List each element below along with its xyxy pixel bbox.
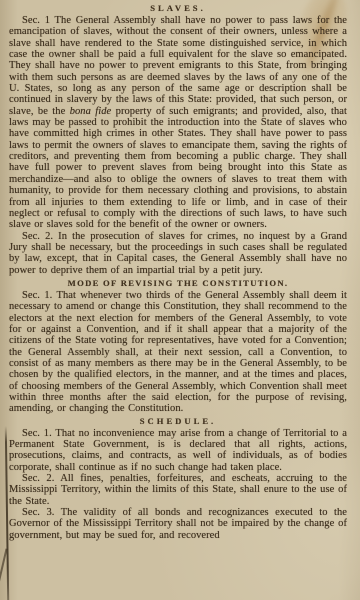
paragraph-schedule-sec3: Sec. 3. The validity of all bonds and re… (9, 507, 347, 541)
paragraph-schedule-sec1: Sec. 1. That no inconvenience may arise … (9, 428, 347, 473)
section-heading-schedule: SCHEDULE. (9, 416, 347, 426)
paragraph-text: property of such emigrants; and provided… (9, 106, 347, 230)
paragraph-slaves-sec1: Sec. 1 The General Assembly shall have n… (9, 15, 347, 231)
section-heading-mode-of-revising: MODE OF REVISING THE CONSTITUTION. (9, 278, 347, 288)
paragraph-text: Sec. 1 The General Assembly shall have n… (9, 15, 347, 117)
scanned-document-page: SLAVES. Sec. 1 The General Assembly shal… (0, 0, 360, 600)
paragraph-schedule-sec2: Sec. 2. All fines, penalties, forfeiture… (9, 473, 347, 507)
document-text-column: SLAVES. Sec. 1 The General Assembly shal… (9, 2, 347, 541)
paragraph-revising-sec1: Sec. 1. That whenever two thirds of the … (9, 290, 347, 415)
paragraph-slaves-sec2: Sec. 2. In the prosecution of slaves for… (9, 231, 347, 276)
italic-phrase: bona fide (70, 106, 112, 117)
section-heading-slaves: SLAVES. (9, 3, 347, 13)
